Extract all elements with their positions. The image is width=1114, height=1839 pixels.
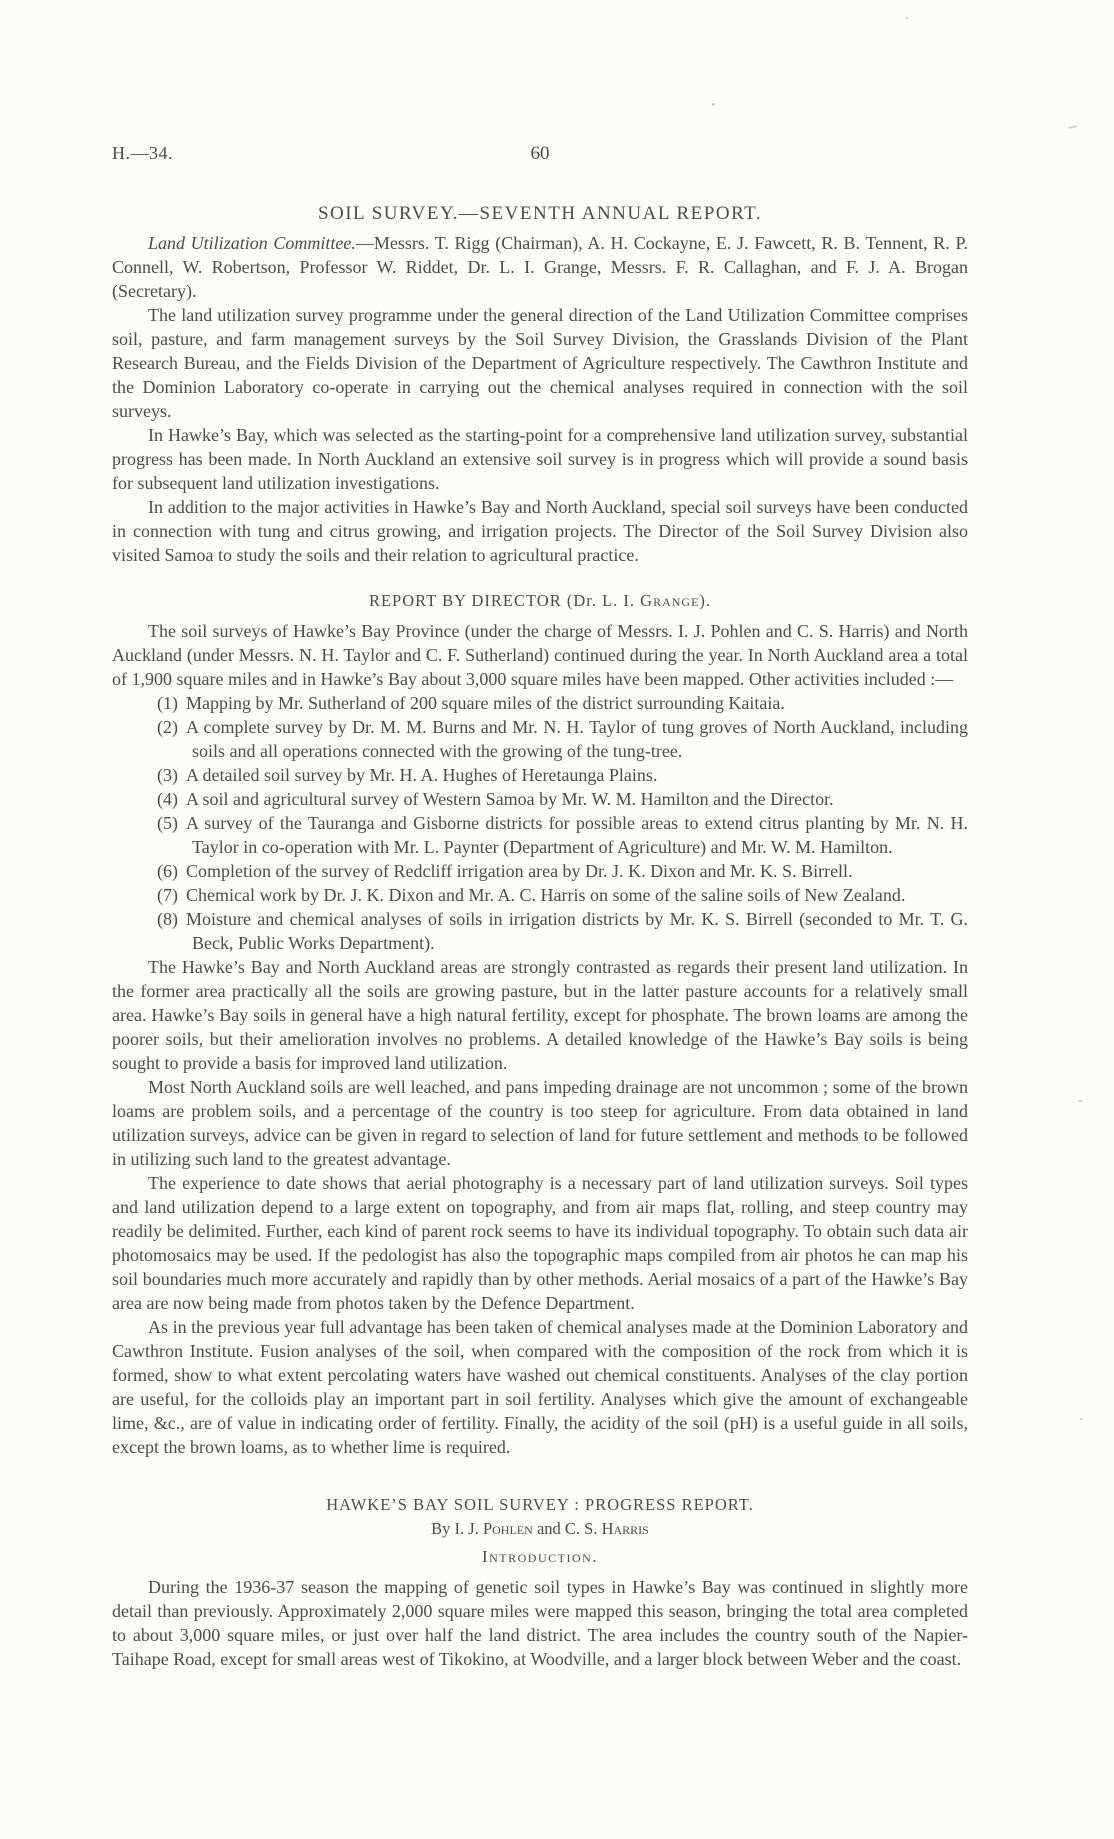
committee-paragraph: Land Utilization Committee.—Messrs. T. R… [112, 231, 968, 303]
director-intro-paragraph: The soil surveys of Hawke’s Bay Province… [112, 619, 968, 691]
activity-number: (5) [157, 813, 186, 833]
body-paragraph: The experience to date shows that aerial… [112, 1171, 968, 1315]
author-name: C. S. Harris [565, 1519, 649, 1538]
activities-list: (1)Mapping by Mr. Sutherland of 200 squa… [112, 691, 968, 955]
text-block: H.—34. 60 SOIL SURVEY.—SEVENTH ANNUAL RE… [112, 143, 968, 1671]
activity-text: Moisture and chemical analyses of soils … [186, 909, 968, 953]
committee-lead: Land Utilization Committee. [148, 233, 356, 253]
scan-speck [1078, 1100, 1083, 1102]
body-paragraph: Most North Auckland soils are well leach… [112, 1075, 968, 1171]
heading-text: ). [699, 591, 711, 610]
activity-item: (7)Chemical work by Dr. J. K. Dixon and … [112, 883, 968, 907]
activity-number: (1) [157, 693, 186, 713]
activity-number: (3) [157, 765, 186, 785]
activity-item: (4)A soil and agricultural survey of Wes… [112, 787, 968, 811]
body-paragraph: In Hawke’s Bay, which was selected as th… [112, 423, 968, 495]
activity-item: (2)A complete survey by Dr. M. M. Burns … [112, 715, 968, 763]
intro-paragraph: During the 1936-37 season the mapping of… [112, 1575, 968, 1671]
activity-number: (2) [157, 717, 186, 737]
section-heading-director-report: REPORT BY DIRECTOR (Dr. L. I. Grange). [112, 591, 968, 611]
activity-item: (5)A survey of the Tauranga and Gisborne… [112, 811, 968, 859]
scanned-document-page: H.—34. 60 SOIL SURVEY.—SEVENTH ANNUAL RE… [0, 0, 1114, 1839]
scan-speck [1080, 1418, 1083, 1420]
heading-text: REPORT BY DIRECTOR (Dr. L. I. [369, 591, 640, 610]
activity-text: A detailed soil survey by Mr. H. A. Hugh… [186, 765, 657, 785]
body-paragraph: In addition to the major activities in H… [112, 495, 968, 567]
activity-text: Mapping by Mr. Sutherland of 200 square … [186, 693, 785, 713]
page-number: 60 [112, 143, 968, 165]
activity-item: (1)Mapping by Mr. Sutherland of 200 squa… [112, 691, 968, 715]
byline: By I. J. Pohlen and C. S. Harris [112, 1519, 968, 1539]
byline-text: and [533, 1519, 565, 1538]
activity-text: A survey of the Tauranga and Gisborne di… [186, 813, 968, 857]
activity-text: A complete survey by Dr. M. M. Burns and… [186, 717, 968, 761]
report-title: SOIL SURVEY.—SEVENTH ANNUAL REPORT. [112, 203, 968, 225]
body-paragraph: The Hawke’s Bay and North Auckland areas… [112, 955, 968, 1075]
activity-number: (8) [157, 909, 186, 929]
activity-number: (4) [157, 789, 186, 809]
activity-item: (6)Completion of the survey of Redcliff … [112, 859, 968, 883]
activity-text: Chemical work by Dr. J. K. Dixon and Mr.… [186, 885, 905, 905]
director-name: Grange [640, 591, 699, 610]
activity-text: Completion of the survey of Redcliff irr… [186, 861, 853, 881]
author-name: I. J. Pohlen [455, 1519, 533, 1538]
activity-text: A soil and agricultural survey of Wester… [186, 789, 834, 809]
activity-item: (8)Moisture and chemical analyses of soi… [112, 907, 968, 955]
activity-number: (7) [157, 885, 186, 905]
subsection-heading-introduction: Introduction. [112, 1547, 968, 1567]
byline-text: By [431, 1519, 454, 1538]
scan-speck [906, 17, 908, 19]
body-paragraph: The land utilization survey programme un… [112, 303, 968, 423]
activity-number: (6) [157, 861, 186, 881]
scan-speck [1068, 125, 1077, 129]
section-heading-progress-report: HAWKE’S BAY SOIL SURVEY : PROGRESS REPOR… [112, 1495, 968, 1515]
activity-item: (3)A detailed soil survey by Mr. H. A. H… [112, 763, 968, 787]
body-paragraph: As in the previous year full advantage h… [112, 1315, 968, 1459]
page-header: H.—34. 60 [112, 143, 968, 169]
scan-speck [712, 103, 715, 106]
